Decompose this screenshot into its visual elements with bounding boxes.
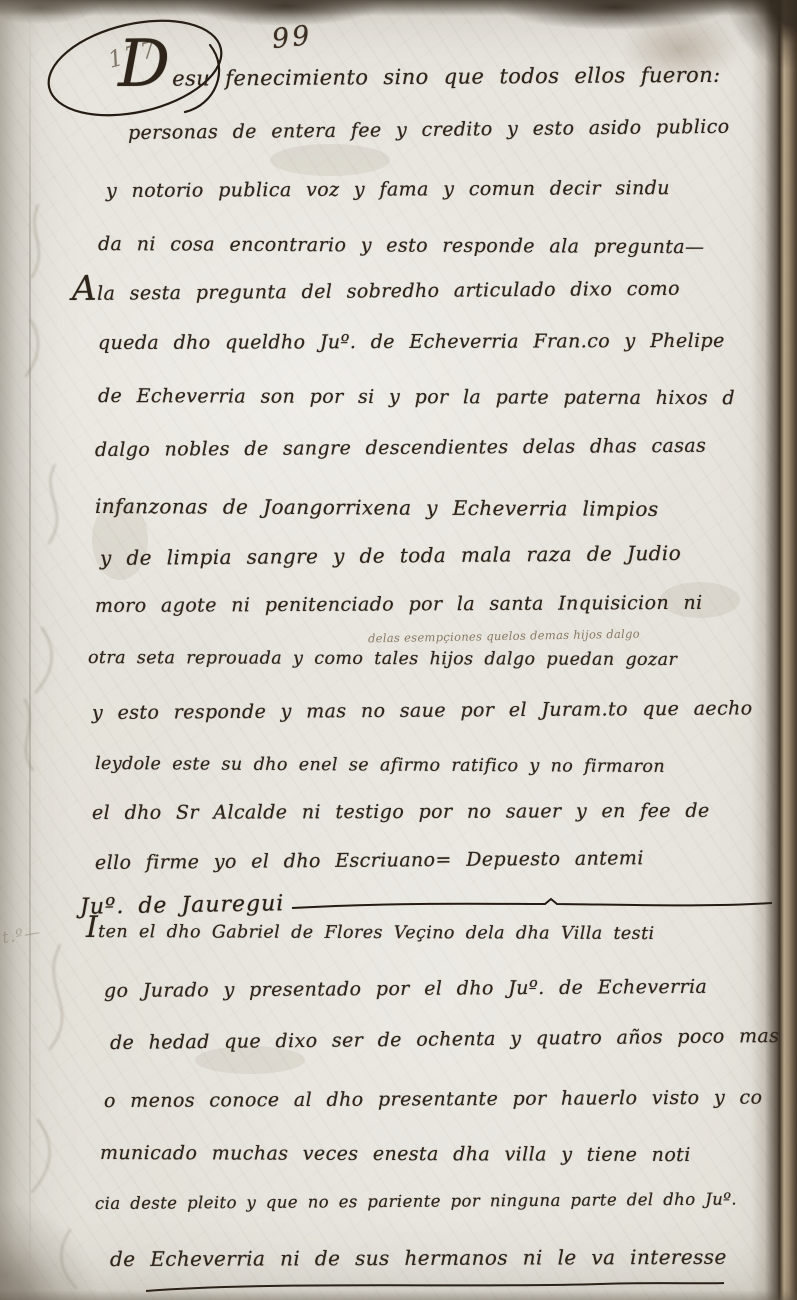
manuscript-page-scan: 177 99 Desu fenecimiento sino que todos …	[0, 0, 797, 1300]
folio-number: 99	[270, 20, 313, 55]
vertical-crease	[29, 0, 31, 1300]
rule-line-mid	[292, 899, 772, 908]
manuscript-line: ello firme yo el dho Escriuano= Depuesto…	[95, 847, 644, 874]
notary-signature: Juº. de Jauregui	[80, 891, 285, 920]
rough-left-edge	[0, 0, 40, 1300]
manuscript-line: y esto responde y mas no saue por el Jur…	[92, 697, 753, 724]
manuscript-line: Iten el dho Gabriel de Flores Veçino del…	[86, 922, 655, 944]
manuscript-line: dalgo nobles de sangre descendientes del…	[95, 435, 706, 461]
manuscript-line: o menos conoce al dho presentante por ha…	[104, 1087, 762, 1112]
manuscript-line: de Echeverria ni de sus hermanos ni le v…	[110, 1245, 727, 1271]
torn-top-edge	[0, 0, 797, 16]
manuscript-line: Desu fenecimiento sino que todos ellos f…	[118, 58, 721, 91]
manuscript-line: personas de entera fee y credito y esto …	[128, 116, 730, 144]
manuscript-line: leydole este su dho enel se afirmo ratif…	[95, 754, 665, 777]
manuscript-line: queda dho queldho Juº. de Echeverria Fra…	[98, 330, 725, 354]
bottom-edge-shadow	[0, 1290, 797, 1300]
manuscript-line: infanzonas de Joangorrixena y Echeverria…	[95, 494, 659, 521]
manuscript-line: Ala sesta pregunta del sobredho articula…	[72, 278, 680, 305]
manuscript-line: de Echeverria son por si y por la parte …	[98, 385, 735, 409]
interlinear-correction-note: delas esempçiones quelos demas hijos dal…	[368, 627, 640, 646]
manuscript-line: el dho Sr Alcalde ni testigo por no saue…	[92, 800, 710, 824]
manuscript-line: otra seta reprouada y como tales hijos d…	[88, 648, 677, 670]
manuscript-line: de hedad que dixo ser de ochenta y quatr…	[110, 1025, 780, 1054]
manuscript-line: municado muchas veces enesta dha villa y…	[100, 1142, 691, 1166]
manuscript-line: y notorio publica voz y fama y comun dec…	[106, 177, 670, 202]
manuscript-line: y de limpia sangre y de toda mala raza d…	[100, 541, 681, 570]
manuscript-line: go Jurado y presentado por el dho Juº. d…	[104, 976, 707, 1002]
manuscript-line: da ni cosa encontrario y esto responde a…	[98, 233, 705, 258]
manuscript-line: moro agote ni penitenciado por la santa …	[95, 592, 703, 617]
manuscript-line: cia deste pleito y que no es pariente po…	[95, 1190, 737, 1213]
